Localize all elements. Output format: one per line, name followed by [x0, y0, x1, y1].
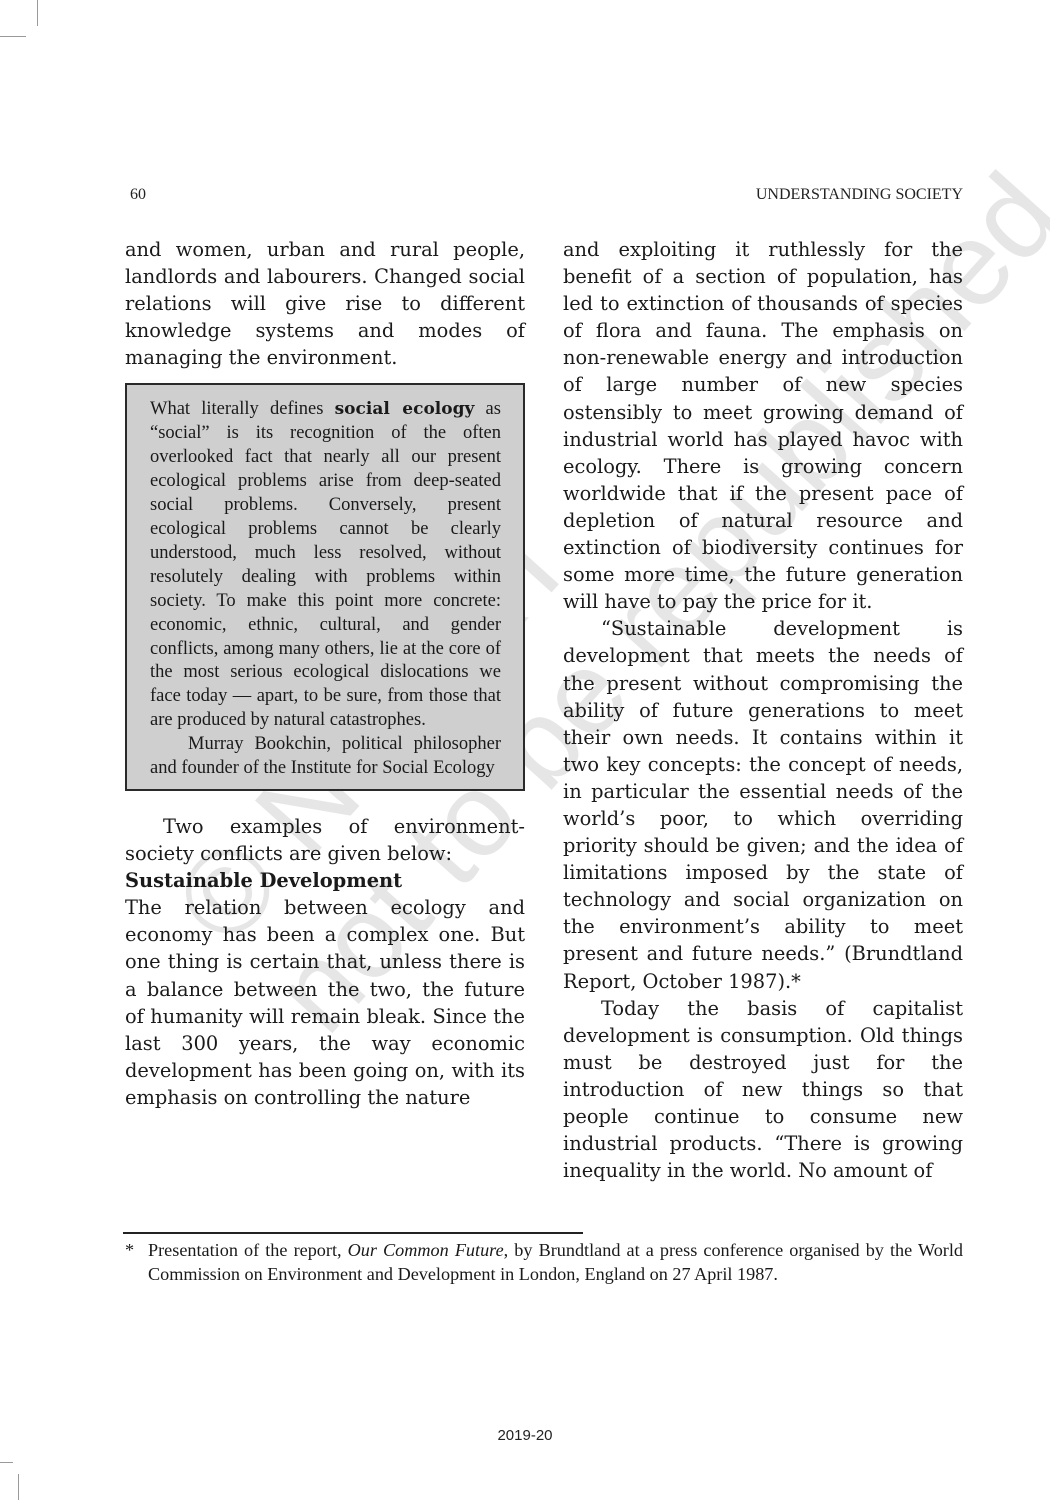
quote-body: as “social” is its recognition of the of… [150, 399, 501, 730]
page-footer-year: 2019-20 [0, 1427, 1050, 1444]
footnote-text: Presentation of the report, Our Common F… [148, 1238, 963, 1286]
crop-mark-top-vertical [37, 0, 38, 26]
intro-paragraph: and women, urban and rural people, landl… [125, 236, 525, 371]
quote-attribution: Murray Bookchin, political philosopher a… [150, 733, 501, 781]
continuation-paragraph: and exploiting it ruthlessly for the ben… [563, 236, 963, 615]
crop-mark-bottom-vertical [18, 1474, 19, 1500]
crop-mark-top-horizontal [0, 36, 26, 37]
section-paragraph: The relation between ecology and economy… [125, 894, 525, 1111]
quote-lead: What literally defines [150, 399, 335, 419]
footnote-italic-title: Our Common Future [348, 1240, 504, 1260]
capitalism-paragraph: Today the basis of capitalist developmen… [563, 995, 963, 1185]
page-header: 60 UNDERSTANDING SOCIETY [130, 186, 963, 204]
section-heading: Sustainable Development [125, 867, 525, 894]
footnote-text-before: Presentation of the report, [148, 1240, 348, 1260]
footnote-marker: * [125, 1238, 148, 1286]
right-column: and exploiting it ruthlessly for the ben… [563, 236, 963, 1184]
examples-paragraph: Two examples of environment-society conf… [125, 813, 525, 867]
quote-box-body: What literally defines social ecology as… [150, 398, 501, 733]
crop-mark-bottom-horizontal [0, 1462, 13, 1463]
left-column: and women, urban and rural people, landl… [125, 236, 525, 1111]
page-number: 60 [130, 186, 146, 204]
footnote-divider [123, 1232, 583, 1234]
brundtland-quote: “Sustainable development is development … [563, 615, 963, 994]
quote-box: What literally defines social ecology as… [125, 383, 525, 791]
footnote: * Presentation of the report, Our Common… [125, 1238, 963, 1286]
running-title: UNDERSTANDING SOCIETY [756, 186, 963, 204]
quote-bold-term: social ecology [335, 399, 475, 419]
